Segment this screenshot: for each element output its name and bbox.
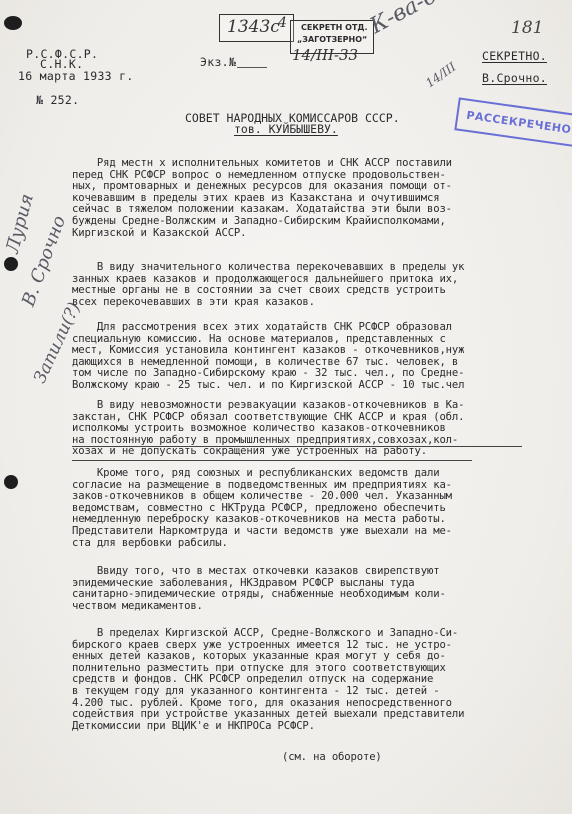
body-line: Ввиду того, что в местах откочевки казак… [72,566,439,578]
department-stamp-date: 14/III-33 [292,46,358,64]
header-date: 16 марта 1933 г. [18,70,134,82]
punch-hole-margin-upper [4,257,18,271]
body-line: Деткомиссии при ВЦИК'е и НКПРОСа РСФСР. [72,721,315,733]
addressee-line-2: тов. КУЙБЫШЕВУ. [234,123,338,136]
department-stamp-line-2: „ЗАГОТЗЕРНО“ [297,35,367,44]
continued-overleaf: (см. на обороте) [282,752,382,764]
body-line: хозах и не допускать сокращения уже устр… [72,446,427,458]
body-line: В виду значительного количества перекоче… [72,262,464,274]
body-line: В виду невозможности реэвакуации казаков… [72,400,464,412]
body-line: В пределах Киргизской АССР, Средне-Волжс… [72,628,458,640]
body-line: Волжскому краю - 25 тыс. чел. и по Кирги… [72,380,464,392]
body-line: в текущем году для указанного контингент… [72,686,439,698]
urgency-label: В.Срочно. [482,72,547,84]
body-line: Для рассмотрения всех этих ходатайств СН… [72,322,452,334]
copy-number-label: Экз.№ [200,56,236,68]
body-line: Ряд местн х исполнительных комитетов и С… [72,158,452,170]
punch-hole-margin-lower [4,475,18,489]
body-line: буждены Средне-Волжским и Западно-Сибирс… [72,216,446,228]
handwritten-registry-note: К-ва-621с [366,0,477,39]
body-line: Киргизской и Казакской АССР. [72,228,246,240]
body-line: всех перекочевавших в эти края казаков. [72,297,315,309]
underline-para4-b [72,460,472,461]
registry-number: 1343с [227,17,280,37]
registry-stamp: 1343с 4 [219,14,294,42]
handwritten-date-note: 14/III [423,60,459,91]
department-stamp-line-1: СЕКРЕТН ОТД. [301,23,368,32]
declassified-stamp: РАССЕКРЕЧЕНО [454,97,572,147]
handwritten-page-number: 181 [511,18,543,38]
header-number: № 252. [36,94,79,106]
margin-note-1: Лурия [2,192,38,256]
registry-suffix: 4 [278,15,287,31]
body-line: Кроме того, ряд союзных и республикански… [72,468,439,480]
body-line: Представители Наркомтруда и части ведомс… [72,526,452,538]
copy-number-blank [237,67,267,68]
body-line: ста для вербовки рабсилы. [72,538,228,550]
body-line: чеством медикаментов. [72,601,203,613]
secrecy-label: СЕКРЕТНО. [482,50,547,62]
punch-hole-top [4,16,22,30]
document-page: Р.С.Ф.С.Р. С.Н.К. 16 марта 1933 г. № 252… [0,0,572,814]
underline-para4 [72,446,522,447]
